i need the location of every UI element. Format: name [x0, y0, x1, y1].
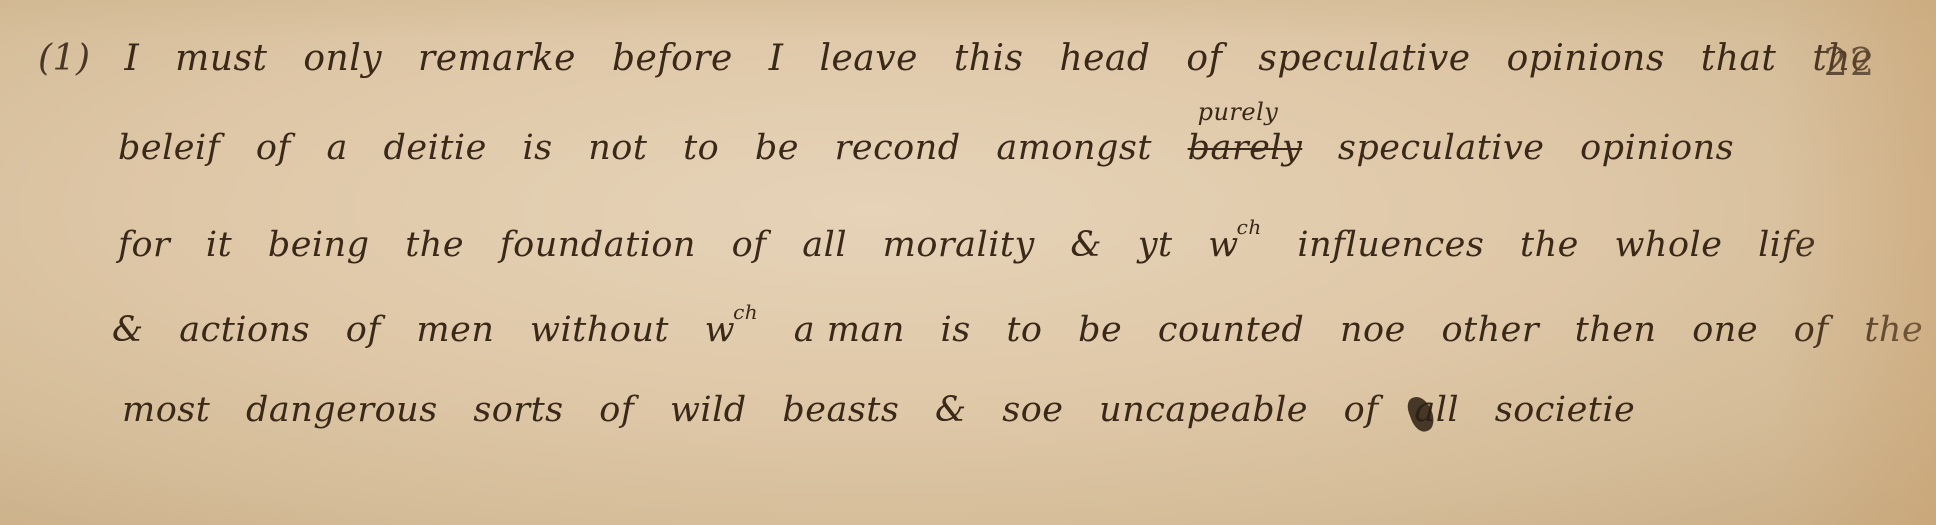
word: a man: [794, 310, 905, 350]
paragraph-marker: (1): [38, 38, 91, 79]
word: whole: [1614, 225, 1722, 265]
manuscript-line-1: (1) I must only remarke before I leave t…: [38, 38, 1897, 79]
word: the: [405, 225, 464, 265]
word: recond: [835, 128, 961, 168]
word: beleif: [118, 128, 220, 168]
manuscript-line-4: & actions of men without wch a man is to…: [112, 300, 1936, 350]
word: foundation: [500, 225, 696, 265]
word: morality: [883, 225, 1035, 265]
word: without: [530, 310, 669, 350]
ampersand: &: [112, 310, 144, 350]
manuscript-line-5: most dangerous sorts of wild beasts & so…: [122, 390, 1659, 430]
word: soe: [1002, 390, 1063, 430]
word: yt: [1138, 225, 1173, 265]
abbrev-superscript: ch: [733, 300, 758, 324]
word: dangerous: [246, 390, 438, 430]
word: of: [599, 390, 634, 430]
word: of: [256, 128, 291, 168]
word: before: [612, 38, 733, 79]
word: all: [802, 225, 847, 265]
word: I: [769, 38, 784, 79]
word: leave: [819, 38, 917, 79]
word: to: [1006, 310, 1042, 350]
word: beasts: [782, 390, 899, 430]
abbreviation-which: wch: [1208, 215, 1262, 265]
word: I: [124, 38, 139, 79]
word: opinions: [1507, 38, 1665, 79]
manuscript-page: 22 (1) I must only remarke before I leav…: [0, 0, 1936, 525]
word: counted: [1158, 310, 1304, 350]
word: amongst: [996, 128, 1152, 168]
word: it: [206, 225, 232, 265]
word: speculative: [1338, 128, 1545, 168]
word: the: [1812, 38, 1872, 79]
word: of: [1794, 310, 1829, 350]
word: speculative: [1258, 38, 1470, 79]
word: of: [1344, 390, 1379, 430]
word: that: [1701, 38, 1777, 79]
word: of: [732, 225, 767, 265]
word: uncapeable: [1099, 390, 1308, 430]
word: deitie: [384, 128, 487, 168]
manuscript-line-2: beleif of a deitie is not to be recond a…: [118, 128, 1758, 168]
word: societie: [1495, 390, 1636, 430]
word: the: [1520, 225, 1579, 265]
word: men: [416, 310, 494, 350]
abbrev-superscript: ch: [1237, 215, 1262, 239]
word: actions: [179, 310, 310, 350]
word: life: [1758, 225, 1816, 265]
word: influences: [1297, 225, 1484, 265]
word: noe: [1340, 310, 1406, 350]
word: being: [268, 225, 370, 265]
word: is: [522, 128, 552, 168]
correction: purely barely: [1188, 128, 1303, 168]
word: only: [303, 38, 382, 79]
word: is: [941, 310, 971, 350]
ink-blotted-word: all: [1414, 390, 1459, 430]
word: of: [1186, 38, 1222, 79]
word: of: [346, 310, 381, 350]
word: a: [327, 128, 348, 168]
word: this: [954, 38, 1024, 79]
abbrev-base: w: [1208, 225, 1238, 265]
word: one: [1692, 310, 1758, 350]
word: opinions: [1580, 128, 1734, 168]
abbrev-base: w: [705, 310, 735, 350]
word: remarke: [418, 38, 576, 79]
word: most: [122, 390, 210, 430]
struck-word: barely: [1188, 128, 1303, 168]
ampersand: &: [1070, 225, 1102, 265]
word: other: [1441, 310, 1539, 350]
word: for: [118, 225, 170, 265]
manuscript-line-3: for it being the foundation of all moral…: [118, 215, 1840, 265]
word: then: [1575, 310, 1657, 350]
ampersand: &: [935, 390, 967, 430]
word: the: [1864, 310, 1923, 350]
abbreviation-which: wch: [705, 300, 759, 350]
word: sorts: [473, 390, 563, 430]
word: must: [175, 38, 267, 79]
word: not: [588, 128, 647, 168]
word: wild: [670, 390, 747, 430]
interlinear-insertion: purely: [1198, 98, 1279, 126]
word: be: [1078, 310, 1122, 350]
word: be: [755, 128, 799, 168]
word: to: [683, 128, 719, 168]
word: head: [1059, 38, 1150, 79]
